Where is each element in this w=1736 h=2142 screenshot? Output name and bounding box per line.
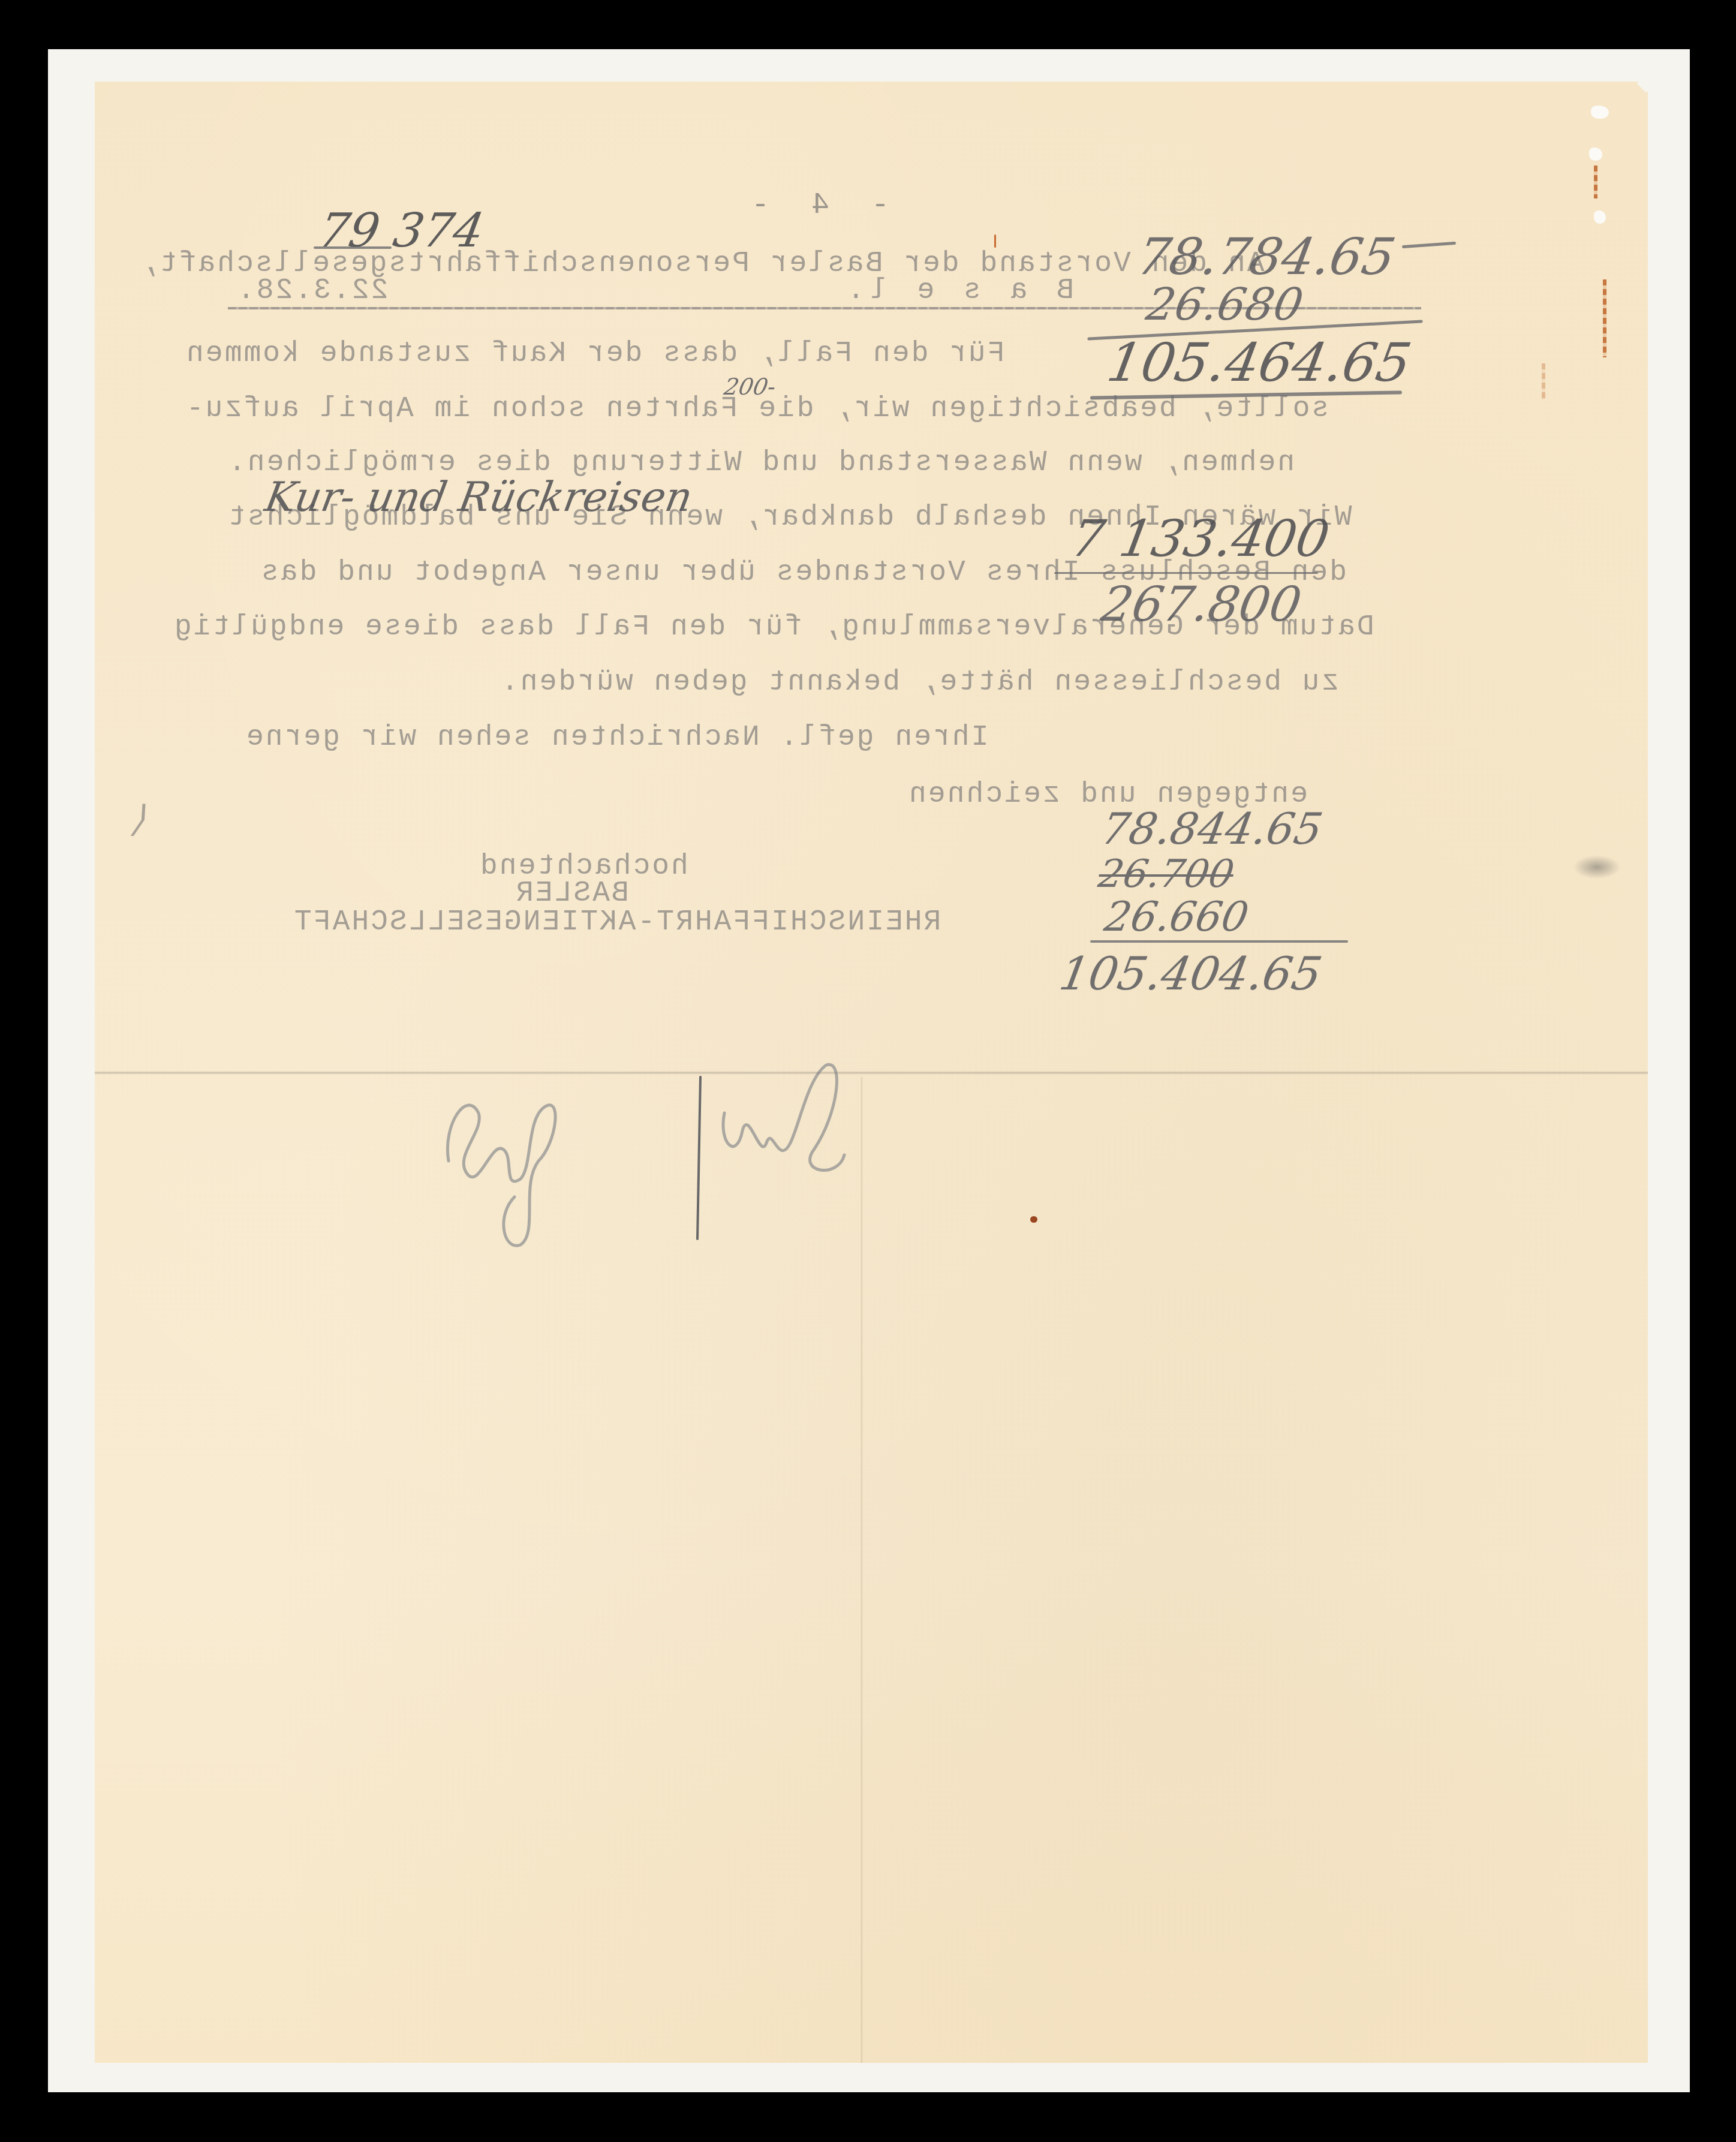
horizontal-fold-line: [95, 1071, 1648, 1075]
closing-company-1: BASLER: [515, 879, 629, 908]
sum2-value-b: 26.660: [1102, 897, 1251, 938]
signature-right: [670, 1041, 862, 1245]
paper-tear: [1591, 106, 1609, 119]
sum1-flourish: [1402, 242, 1456, 248]
insertion-kur-und-rueckreisen: Kur- und Rückreisen: [262, 477, 696, 518]
closing-company-2: RHEINSCHIFFAHRT-AKTIENGESELLSCHAFT: [293, 908, 941, 937]
sum1-value-b: 26.680: [1143, 282, 1306, 327]
signature-left: [431, 1053, 586, 1251]
sum2-rule: [1090, 940, 1348, 943]
rust-stain: [1603, 279, 1606, 357]
body-line-8: Ihren gefl. Nachrichten sehen wir gerne: [245, 723, 988, 752]
red-tick: [994, 234, 996, 248]
margin-mark: ⟩: [131, 801, 151, 837]
body-line-1: Für den Fall, dass der Kauf zustande kom…: [185, 339, 1005, 368]
body-line-7: zu beschliessen hätte, bekannt geben wür…: [500, 668, 1338, 697]
mid-rule: [1054, 572, 1318, 574]
pencil-smudge: [1573, 855, 1621, 879]
address-line-1: An den Vorstand der Basler Personenschif…: [139, 249, 1264, 278]
red-dot: [1030, 1216, 1037, 1223]
rust-stain: [1542, 363, 1545, 399]
sum1-total: 105.464.65: [1103, 336, 1415, 389]
sum1-value-a: 78.784.65: [1134, 231, 1399, 282]
paper-tear: [1589, 148, 1602, 161]
paper-tear: [1594, 210, 1606, 224]
address-city: B a s e l.: [841, 276, 1074, 305]
body-line-3: nehmen, wenn Wasserstand und Witterung d…: [227, 449, 1295, 477]
sum2-value-a: 78.844.65: [1099, 807, 1326, 850]
rust-stain: [1594, 166, 1597, 198]
page-number: - 4 -: [739, 188, 889, 222]
address-date: 22.3.28.: [236, 276, 388, 305]
sum2-total: 105.404.65: [1056, 951, 1325, 997]
document-page: - 4 - 79 374 An den Vorstand der Basler …: [95, 82, 1648, 2063]
mid-value-b: 267.800: [1098, 580, 1305, 628]
interlinear-200: 200-: [723, 375, 778, 398]
mid-value-a: 7 133.400: [1068, 513, 1333, 564]
sum2-value-b-struck: 26.700: [1096, 855, 1236, 893]
closing-salutation: hochachtend: [479, 852, 688, 881]
